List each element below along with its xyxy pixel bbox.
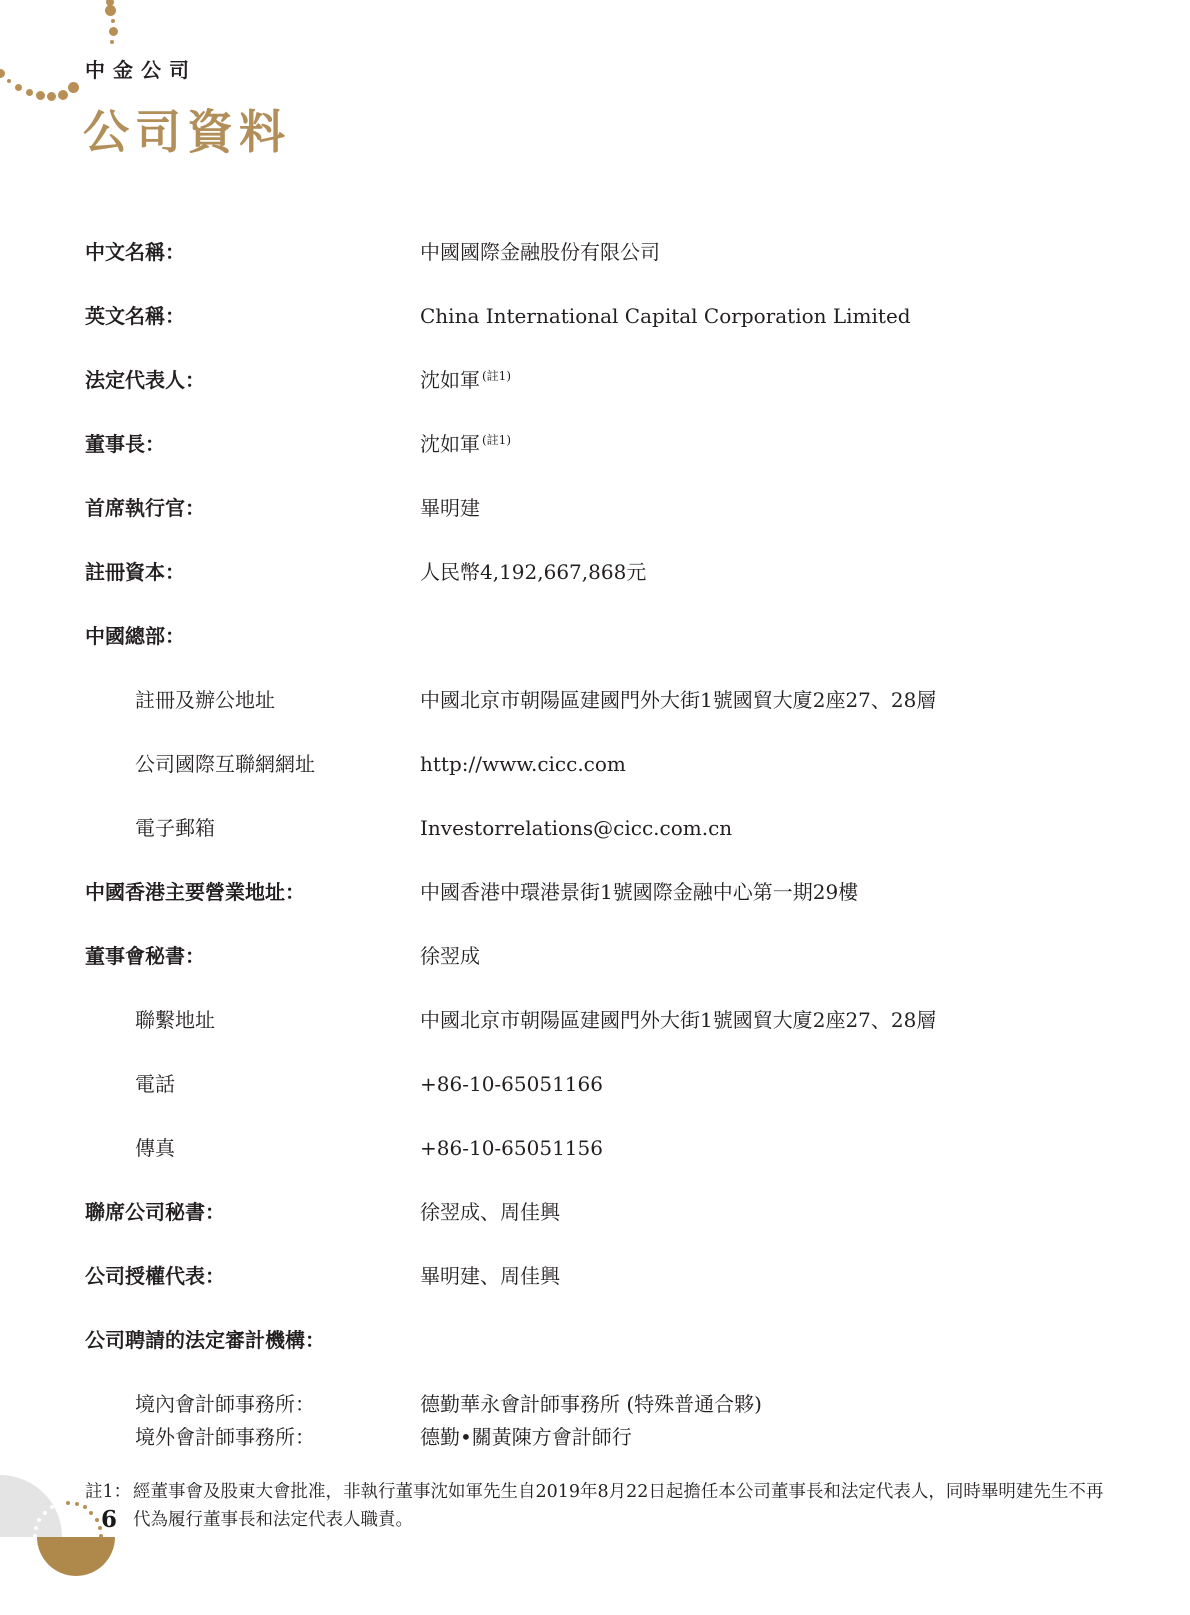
info-row-board-secretary: 董事會秘書： 徐翌成 — [85, 944, 1107, 1008]
field-value: China International Capital Corporation … — [420, 304, 1107, 329]
info-row-english-name: 英文名稱： China International Capital Corpor… — [85, 304, 1107, 368]
field-value: +86-10-65051166 — [420, 1072, 1107, 1097]
field-label: 首席執行官： — [85, 496, 420, 521]
info-row-domestic-auditor: 境內會計師事務所： 德勤華永會計師事務所 (特殊普通合夥) — [85, 1392, 1107, 1425]
info-row-china-headquarters: 中國總部： — [85, 624, 1107, 688]
field-value: 畢明建、周佳興 — [420, 1264, 1107, 1289]
info-row-website: 公司國際互聯網網址 http://www.cicc.com — [85, 752, 1107, 816]
brand-logo-text: 中金公司 — [85, 54, 197, 83]
info-row-contact-address: 聯繫地址 中國北京市朝陽區建國門外大街1號國貿大廈2座27、28層 — [85, 1008, 1107, 1072]
field-value: 沈如軍(註1) — [420, 432, 1107, 457]
footnote-reference: (註1) — [482, 369, 511, 383]
decorative-dot — [0, 69, 5, 78]
decorative-dot — [111, 19, 115, 23]
field-label: 聯席公司秘書： — [85, 1200, 420, 1225]
decorative-dot — [26, 89, 33, 96]
decorative-dot — [99, 1534, 103, 1538]
field-label: 公司國際互聯網網址 — [85, 752, 420, 777]
info-row-statutory-auditors: 公司聘請的法定審計機構： — [85, 1328, 1107, 1392]
decorative-dot — [36, 91, 45, 100]
decorative-dot — [7, 79, 11, 83]
field-label: 傳真 — [85, 1136, 420, 1161]
field-label: 註冊資本： — [85, 560, 420, 585]
decorative-dot — [75, 1502, 79, 1506]
footnote: 註1： 經董事會及股東大會批准，非執行董事沈如軍先生自2019年8月22日起擔任… — [85, 1478, 1109, 1534]
field-label: 註冊及辦公地址 — [85, 688, 420, 713]
info-row-fax: 傳真 +86-10-65051156 — [85, 1136, 1107, 1200]
decorative-dot — [33, 1534, 37, 1538]
field-value: 徐翌成、周佳興 — [420, 1200, 1107, 1225]
decorative-dot — [109, 27, 118, 36]
decorative-dot — [34, 1526, 38, 1530]
field-value: Investorrelations@cicc.com.cn — [420, 816, 1107, 841]
decorative-dot — [89, 1511, 93, 1515]
field-label: 英文名稱： — [85, 304, 420, 329]
footnote-text: 經董事會及股東大會批准，非執行董事沈如軍先生自2019年8月22日起擔任本公司董… — [133, 1478, 1109, 1534]
field-value: 中國香港中環港景街1號國際金融中心第一期29樓 — [420, 880, 1107, 905]
decorative-dot — [83, 1505, 87, 1509]
info-row-registered-office-address: 註冊及辦公地址 中國北京市朝陽區建國門外大街1號國貿大廈2座27、28層 — [85, 688, 1107, 752]
field-label: 法定代表人： — [85, 368, 420, 393]
company-info-list: 中文名稱： 中國國際金融股份有限公司 英文名稱： China Internati… — [85, 240, 1107, 1458]
info-row-telephone: 電話 +86-10-65051166 — [85, 1072, 1107, 1136]
field-label: 境外會計師事務所： — [85, 1425, 420, 1450]
info-row-registered-capital: 註冊資本： 人民幣4,192,667,868元 — [85, 560, 1107, 624]
field-label: 境內會計師事務所： — [85, 1392, 420, 1417]
field-value: 中國國際金融股份有限公司 — [420, 240, 1107, 265]
info-row-authorized-representatives: 公司授權代表： 畢明建、周佳興 — [85, 1264, 1107, 1328]
decorative-dot — [15, 84, 22, 91]
info-row-overseas-auditor: 境外會計師事務所： 德勤•關黃陳方會計師行 — [85, 1425, 1107, 1458]
field-value: 沈如軍(註1) — [420, 368, 1107, 393]
field-label: 電子郵箱 — [85, 816, 420, 841]
decorative-dot — [105, 5, 116, 16]
field-label: 董事長： — [85, 432, 420, 457]
field-label: 中國總部： — [85, 624, 420, 649]
field-value: 畢明建 — [420, 496, 1107, 521]
decorative-dot — [47, 92, 56, 101]
field-label: 電話 — [85, 1072, 420, 1097]
field-value: 中國北京市朝陽區建國門外大街1號國貿大廈2座27、28層 — [420, 688, 1107, 713]
field-label: 公司授權代表： — [85, 1264, 420, 1289]
info-row-ceo: 首席執行官： 畢明建 — [85, 496, 1107, 560]
field-label: 中國香港主要營業地址： — [85, 880, 420, 905]
decorative-dot — [50, 1505, 54, 1509]
info-row-chinese-name: 中文名稱： 中國國際金融股份有限公司 — [85, 240, 1107, 304]
decorative-dot — [95, 1518, 99, 1522]
info-row-legal-representative: 法定代表人： 沈如軍(註1) — [85, 368, 1107, 432]
info-row-email: 電子郵箱 Investorrelations@cicc.com.cn — [85, 816, 1107, 880]
info-row-hongkong-address: 中國香港主要營業地址： 中國香港中環港景街1號國際金融中心第一期29樓 — [85, 880, 1107, 944]
field-value: 徐翌成 — [420, 944, 1107, 969]
page-number: 6 — [101, 1506, 117, 1533]
info-row-chairman: 董事長： 沈如軍(註1) — [85, 432, 1107, 496]
info-row-joint-company-secretaries: 聯席公司秘書： 徐翌成、周佳興 — [85, 1200, 1107, 1264]
field-label: 聯繫地址 — [85, 1008, 420, 1033]
field-value: 德勤華永會計師事務所 (特殊普通合夥) — [420, 1392, 1107, 1417]
field-value: 德勤•關黃陳方會計師行 — [420, 1425, 1107, 1450]
field-value: 中國北京市朝陽區建國門外大街1號國貿大廈2座27、28層 — [420, 1008, 1107, 1033]
decorative-dot — [58, 1502, 62, 1506]
company-information-page: 中金公司 公司資料 中文名稱： 中國國際金融股份有限公司 英文名稱： China… — [0, 0, 1190, 1615]
field-value: +86-10-65051156 — [420, 1136, 1107, 1161]
decorative-dot — [110, 40, 114, 44]
decorative-dot — [37, 1518, 41, 1522]
field-value: 人民幣4,192,667,868元 — [420, 560, 1107, 585]
decorative-dot — [66, 1501, 70, 1505]
footnote-reference: (註1) — [482, 433, 511, 447]
field-label: 董事會秘書： — [85, 944, 420, 969]
decorative-dot — [58, 90, 68, 100]
field-label: 中文名稱： — [85, 240, 420, 265]
page-title: 公司資料 — [83, 96, 291, 162]
decorative-dot — [43, 1511, 47, 1515]
gold-half-circle-decoration — [37, 1537, 115, 1576]
decorative-dot — [68, 82, 79, 93]
field-label: 公司聘請的法定審計機構： — [85, 1328, 420, 1353]
field-value: http://www.cicc.com — [420, 752, 1107, 777]
